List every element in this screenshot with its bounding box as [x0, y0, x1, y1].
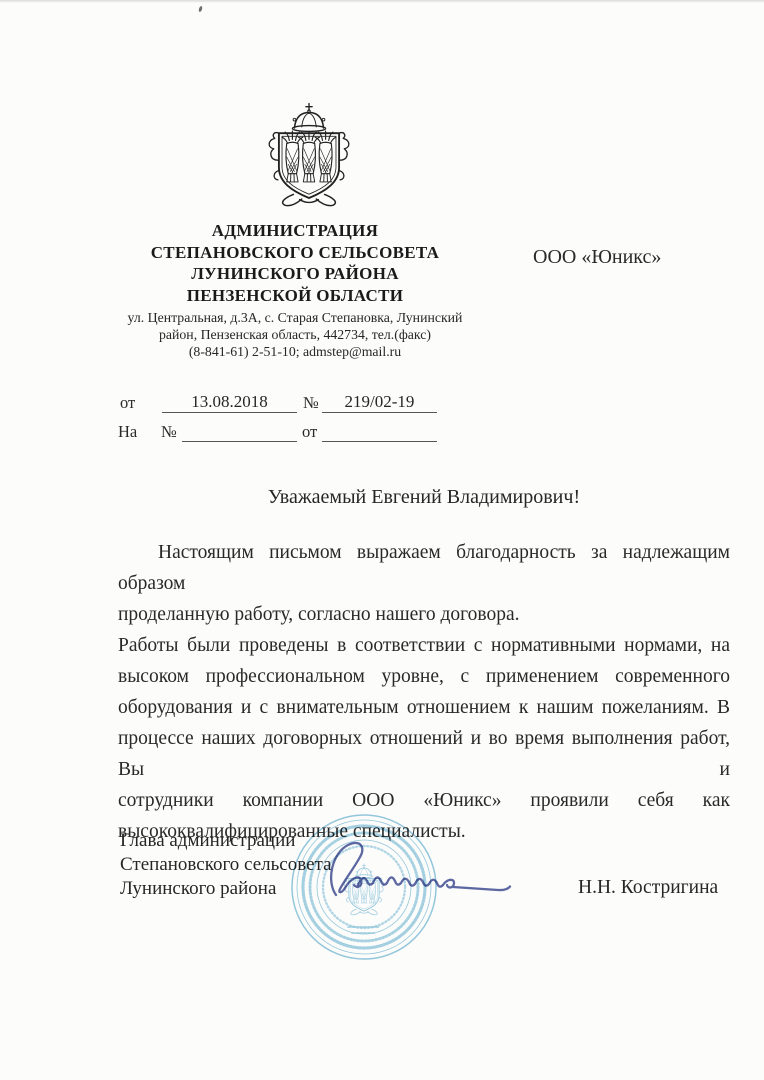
org-address-line: район, Пензенская область, 442734, тел.(… — [80, 326, 510, 343]
body-line: Настоящим письмом выражаем благодарность… — [118, 537, 730, 599]
org-address-block: ул. Центральная, д.3А, с. Старая Степано… — [80, 309, 510, 361]
ref-from-label: от — [120, 393, 135, 413]
ref-date-value: 13.08.2018 — [162, 392, 297, 413]
body-line: проделанную работу, согласно нашего дого… — [118, 599, 730, 630]
signer-name: Н.Н. Костригина — [578, 877, 718, 899]
body-line: высоком профессиональном уровне, с приме… — [118, 661, 730, 692]
org-name-line: АДМИНИСТРАЦИЯ — [80, 220, 510, 242]
org-name-block: АДМИНИСТРАЦИЯ СТЕПАНОВСКОГО СЕЛЬСОВЕТА Л… — [80, 220, 510, 306]
scanned-letter-page: АДМИНИСТРАЦИЯ СТЕПАНОВСКОГО СЕЛЬСОВЕТА Л… — [0, 0, 764, 1080]
scan-speck-artifact — [198, 6, 203, 13]
ref-reply-date-value — [322, 421, 437, 442]
ref-reply-number-value — [182, 421, 297, 442]
body-line: процессе наших договорных отношений и во… — [118, 723, 730, 785]
ref-reply-from-label: от — [302, 422, 317, 442]
body-line: Работы были проведены в соответствии с н… — [118, 630, 730, 661]
org-name-line: ПЕНЗЕНСКОЙ ОБЛАСТИ — [80, 285, 510, 307]
org-name-line: ЛУНИНСКОГО РАЙОНА — [80, 263, 510, 285]
org-address-line: ул. Центральная, д.3А, с. Старая Степано… — [80, 309, 510, 326]
org-address-line: (8-841-61) 2-51-10; admstep@mail.ru — [80, 343, 510, 360]
salutation: Уважаемый Евгений Владимирович! — [118, 486, 730, 509]
penza-coat-of-arms — [254, 102, 364, 210]
org-name-line: СТЕПАНОВСКОГО СЕЛЬСОВЕТА — [80, 242, 510, 264]
ref-number-value: 219/02-19 — [322, 392, 437, 413]
scan-top-edge-artifact — [0, 0, 764, 3]
recipient-name: ООО «Юникс» — [533, 246, 661, 269]
ref-number-label: № — [303, 393, 319, 413]
letter-body: Настоящим письмом выражаем благодарность… — [118, 537, 730, 847]
ref-reply-label: На — [118, 422, 137, 442]
ref-reply-number-label: № — [161, 422, 177, 442]
signature-script — [314, 837, 522, 909]
body-line: оборудования и с внимательным отношением… — [118, 692, 730, 723]
